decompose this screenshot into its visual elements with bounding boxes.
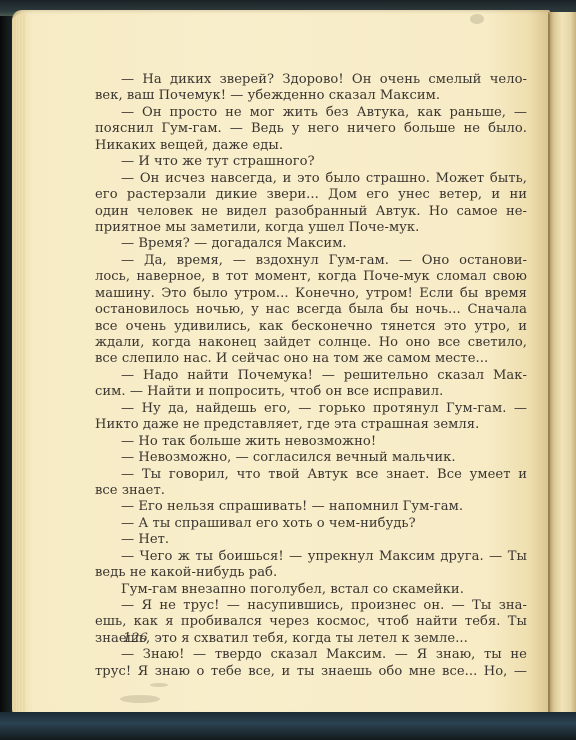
text-line: приятное мы заметили, когда ушел Поче-му… <box>95 220 527 236</box>
text-line: его растерзали дикие звери... Дом его ун… <box>95 187 527 203</box>
text-line: ведь не какой-нибудь раб. <box>95 565 527 581</box>
text-line: Никаких вещей, даже еды. <box>95 138 527 154</box>
text-line: знаешь, это я схватил тебя, когда ты лет… <box>95 631 527 647</box>
text-line: ешь, как я пробивался через космос, чтоб… <box>95 614 527 630</box>
text-line: — Чего ж ты боишься! — упрекнул Максим д… <box>95 549 527 565</box>
text-line: — Он исчез навсегда, и это было страшно.… <box>95 171 527 187</box>
text-line: — Но так больше жить невозможно! <box>95 434 527 450</box>
gutter-fold-line <box>548 14 550 714</box>
body-text: — На диких зверей? Здорово! Он очень сме… <box>95 72 527 680</box>
text-line: пояснил Гум-гам. — Ведь у него ничего бо… <box>95 121 527 137</box>
text-line: все знает. <box>95 483 527 499</box>
paper-stain <box>470 14 484 24</box>
text-line: — Невозможно, — согласился вечный мальчи… <box>95 450 527 466</box>
text-line: один человек не видел разобранный Автук.… <box>95 204 527 220</box>
text-line: — И что же тут страшного? <box>95 154 527 170</box>
text-line: сим. — Найти и попросить, чтоб он все ис… <box>95 384 527 400</box>
text-line: — Ты говорил, что твой Автук все знает. … <box>95 467 527 483</box>
page-stack-edge <box>12 14 26 714</box>
page-number: 126 <box>123 631 148 646</box>
text-line: — А ты спрашивал его хоть о чем-нибудь? <box>95 516 527 532</box>
text-line: — Да, время, — вздохнул Гум-гам. — Оно о… <box>95 253 527 269</box>
text-line: ждали, когда наконец зайдет солнце. Но о… <box>95 335 527 351</box>
paper-stain <box>150 683 168 687</box>
text-line: остановилось ночью, у нас всегда была бы… <box>95 302 527 318</box>
text-line: — Ну да, найдешь его, — горько протянул … <box>95 401 527 417</box>
text-line: — Я не трус! — насупившись, произнес он.… <box>95 598 527 614</box>
text-line: все очень удивились, как бесконечно тяне… <box>95 319 527 335</box>
text-line: — Надо найти Почемука! — решительно сказ… <box>95 368 527 384</box>
text-line: — Время? — догадался Максим. <box>95 236 527 252</box>
text-line: — Нет. <box>95 532 527 548</box>
text-line: — Знаю! — твердо сказал Максим. — Я знаю… <box>95 647 527 663</box>
paper-stain <box>120 695 160 703</box>
text-line: машину. Это было утром... Конечно, утром… <box>95 286 527 302</box>
text-line: лось, наверное, в тот момент, когда Поче… <box>95 269 527 285</box>
text-line: — На диких зверей? Здорово! Он очень сме… <box>95 72 527 88</box>
text-line: век, ваш Почемук! — убежденно сказал Мак… <box>95 88 527 104</box>
text-line: трус! Я знаю о тебе все, и ты знаешь обо… <box>95 664 527 680</box>
text-line: — Его нельзя спрашивать! — напомнил Гум-… <box>95 499 527 515</box>
text-line: Гум-гам внезапно поголубел, встал со ска… <box>95 582 527 598</box>
book-cover-bottom-edge <box>0 712 576 740</box>
book-gutter <box>548 12 576 714</box>
text-line: — Он просто не мог жить без Автука, как … <box>95 105 527 121</box>
text-line: Никто даже не представляет, где эта стра… <box>95 417 527 433</box>
book-cover-left-edge <box>0 0 12 740</box>
text-line: все слепило нас. И сейчас оно на том же … <box>95 351 527 367</box>
